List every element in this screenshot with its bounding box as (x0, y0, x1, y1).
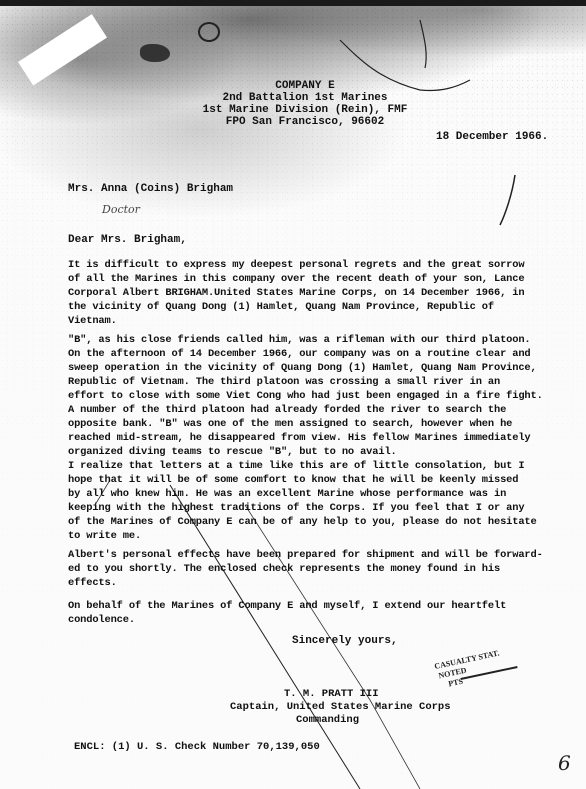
handwritten-note: Doctor (102, 203, 140, 216)
text-line: of the Marines of Company E can be of an… (68, 515, 568, 529)
text-line: On the afternoon of 14 December 1966, ou… (68, 347, 568, 361)
letterhead-battalion: 2nd Battalion 1st Marines (200, 92, 410, 104)
closing: Sincerely yours, (292, 635, 398, 647)
text-line: to write me. (68, 529, 568, 543)
letterhead-division: 1st Marine Division (Rein), FMF (200, 104, 410, 116)
letterhead: COMPANY E 2nd Battalion 1st Marines 1st … (200, 80, 410, 128)
text-line: It is difficult to express my deepest pe… (68, 258, 568, 272)
paragraph-effects: Albert's personal effects have been prep… (68, 548, 568, 590)
text-line: Vietnam. (68, 314, 568, 328)
scanned-letter-page: COMPANY E 2nd Battalion 1st Marines 1st … (0, 0, 586, 789)
ink-blot (140, 44, 170, 62)
text-line: condolence. (68, 613, 568, 627)
letterhead-company: COMPANY E (200, 80, 410, 92)
text-line: opposite bank. "B" was one of the men as… (68, 417, 568, 431)
paragraph-consolation: I realize that letters at a time like th… (68, 459, 568, 543)
handwritten-page-number: 6 (558, 751, 571, 775)
paragraph-closing-remarks: On behalf of the Marines of Company E an… (68, 599, 568, 627)
salutation: Dear Mrs. Brigham, (68, 234, 187, 246)
text-line: Republic of Vietnam. The third platoon w… (68, 375, 568, 389)
text-line: reached mid-stream, he disappeared from … (68, 431, 568, 445)
paragraph-circumstances: "B", as his close friends called him, wa… (68, 333, 568, 459)
text-line: ed to you shortly. The enclosed check re… (68, 562, 568, 576)
text-line: the vicinity of Quang Dong (1) Hamlet, Q… (68, 300, 568, 314)
recipient-name: Mrs. Anna (Coins) Brigham (68, 183, 233, 195)
paragraph-condolence: It is difficult to express my deepest pe… (68, 258, 568, 328)
signer-role: Commanding (230, 714, 510, 727)
text-line: organized diving teams to rescue "B", bu… (68, 445, 568, 459)
text-line: Albert's personal effects have been prep… (68, 548, 568, 562)
signer-title: Captain, United States Marine Corps (230, 701, 510, 714)
text-line: A number of the third platoon had alread… (68, 403, 568, 417)
text-line: sweep operation in the vicinity of Quang… (68, 361, 568, 375)
text-line: On behalf of the Marines of Company E an… (68, 599, 568, 613)
text-line: Corporal Albert BRIGHAM.United States Ma… (68, 286, 568, 300)
text-line: hope that it will be of some comfort to … (68, 473, 568, 487)
text-line: effort to close with some Viet Cong who … (68, 389, 568, 403)
signer-name: T. M. PRATT III (230, 688, 510, 701)
text-line: I realize that letters at a time like th… (68, 459, 568, 473)
text-line: "B", as his close friends called him, wa… (68, 333, 568, 347)
text-line: effects. (68, 576, 568, 590)
enclosure-line: ENCL: (1) U. S. Check Number 70,139,050 (74, 741, 320, 753)
letter-date: 18 December 1966. (436, 131, 548, 143)
text-line: by all who knew him. He was an excellent… (68, 487, 568, 501)
letterhead-address: FPO San Francisco, 96602 (200, 116, 410, 128)
signature-block: T. M. PRATT III Captain, United States M… (230, 688, 510, 727)
scan-top-edge (0, 0, 586, 6)
circle-mark-icon (198, 22, 220, 42)
text-line: keeping with the highest traditions of t… (68, 501, 568, 515)
redaction-patch (18, 14, 107, 85)
text-line: of all the Marines in this company over … (68, 272, 568, 286)
